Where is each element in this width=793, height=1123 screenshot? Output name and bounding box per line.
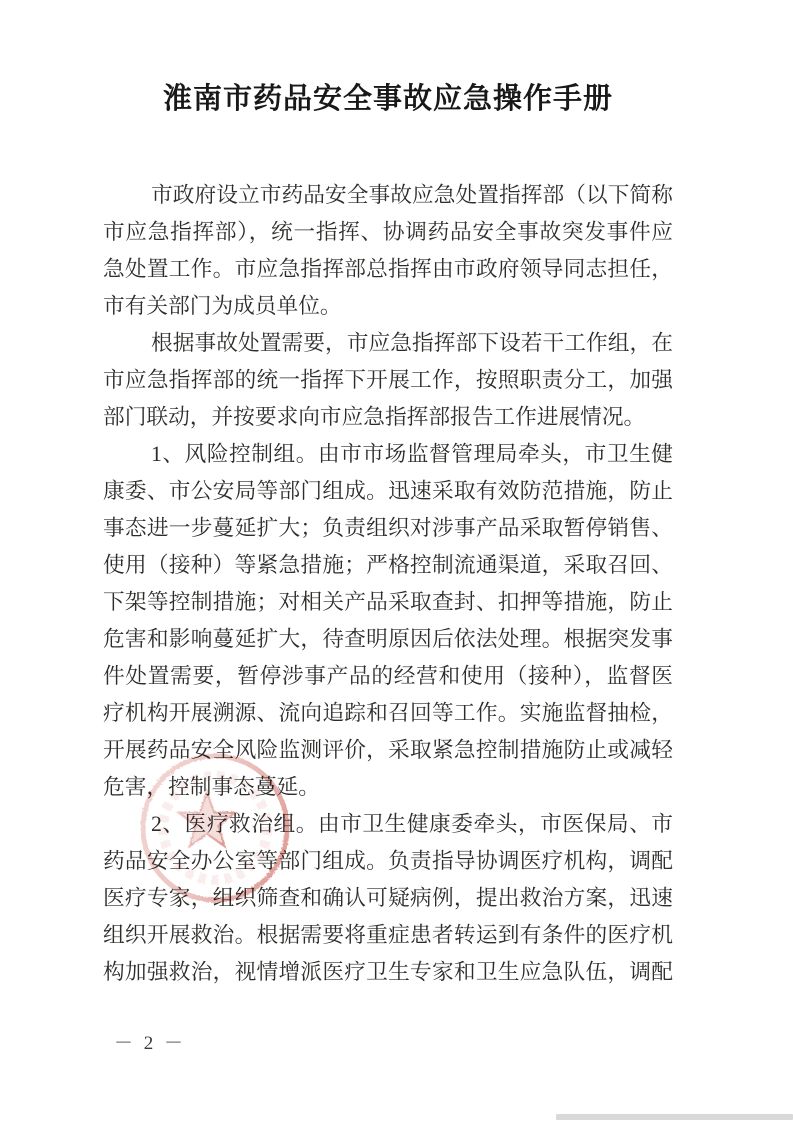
text-line: 药品安全办公室等部门组成。负责指导协调医疗机构，调配	[103, 843, 673, 880]
text-line: 市应急指挥部的统一指挥下开展工作，按照职责分工，加强	[103, 362, 673, 399]
text-line: 1、风险控制组。由市市场监督管理局牵头，市卫生健	[103, 436, 673, 473]
text-line: 下架等控制措施；对相关产品采取查封、扣押等措施，防止	[103, 584, 673, 621]
document-title: 淮南市药品安全事故应急操作手册	[103, 82, 673, 116]
text-line: 2、医疗救治组。由市卫生健康委牵头，市医保局、市	[103, 806, 673, 843]
text-line: 事态进一步蔓延扩大；负责组织对涉事产品采取暂停销售、	[103, 510, 673, 547]
text-line: 疗机构开展溯源、流向追踪和召回等工作。实施监督抽检，	[103, 695, 673, 732]
scan-artifact-bar	[556, 1114, 793, 1120]
document-page: 淮南市药品安全事故应急操作手册 市政府设立市药品安全事故应急处置指挥部（以下简称…	[0, 0, 793, 1123]
text-line: 组织开展救治。根据需要将重症患者转运到有条件的医疗机	[103, 917, 673, 954]
text-line: 部门联动，并按要求向市应急指挥部报告工作进展情况。	[103, 399, 673, 436]
text-line: 危害，控制事态蔓延。	[103, 769, 673, 806]
text-line: 市政府设立市药品安全事故应急处置指挥部（以下简称	[103, 177, 673, 214]
text-line: 构加强救治，视情增派医疗卫生专家和卫生应急队伍，调配	[103, 954, 673, 991]
text-line: 急处置工作。市应急指挥部总指挥由市政府领导同志担任，	[103, 251, 673, 288]
text-line: 康委、市公安局等部门组成。迅速采取有效防范措施，防止	[103, 473, 673, 510]
text-line: 医疗专家，组织筛查和确认可疑病例，提出救治方案，迅速	[103, 880, 673, 917]
document-body: 市政府设立市药品安全事故应急处置指挥部（以下简称市应急指挥部），统一指挥、协调药…	[103, 177, 673, 991]
text-line: 危害和影响蔓延扩大，待查明原因后依法处理。根据突发事	[103, 621, 673, 658]
page-number: － 2 －	[114, 1028, 186, 1055]
text-line: 使用（接种）等紧急措施；严格控制流通渠道，采取召回、	[103, 547, 673, 584]
text-line: 开展药品安全风险监测评价，采取紧急控制措施防止或减轻	[103, 732, 673, 769]
text-line: 市有关部门为成员单位。	[103, 288, 673, 325]
text-line: 根据事故处置需要，市应急指挥部下设若干工作组，在	[103, 325, 673, 362]
text-line: 市应急指挥部），统一指挥、协调药品安全事故突发事件应	[103, 214, 673, 251]
text-line: 件处置需要，暂停涉事产品的经营和使用（接种），监督医	[103, 658, 673, 695]
